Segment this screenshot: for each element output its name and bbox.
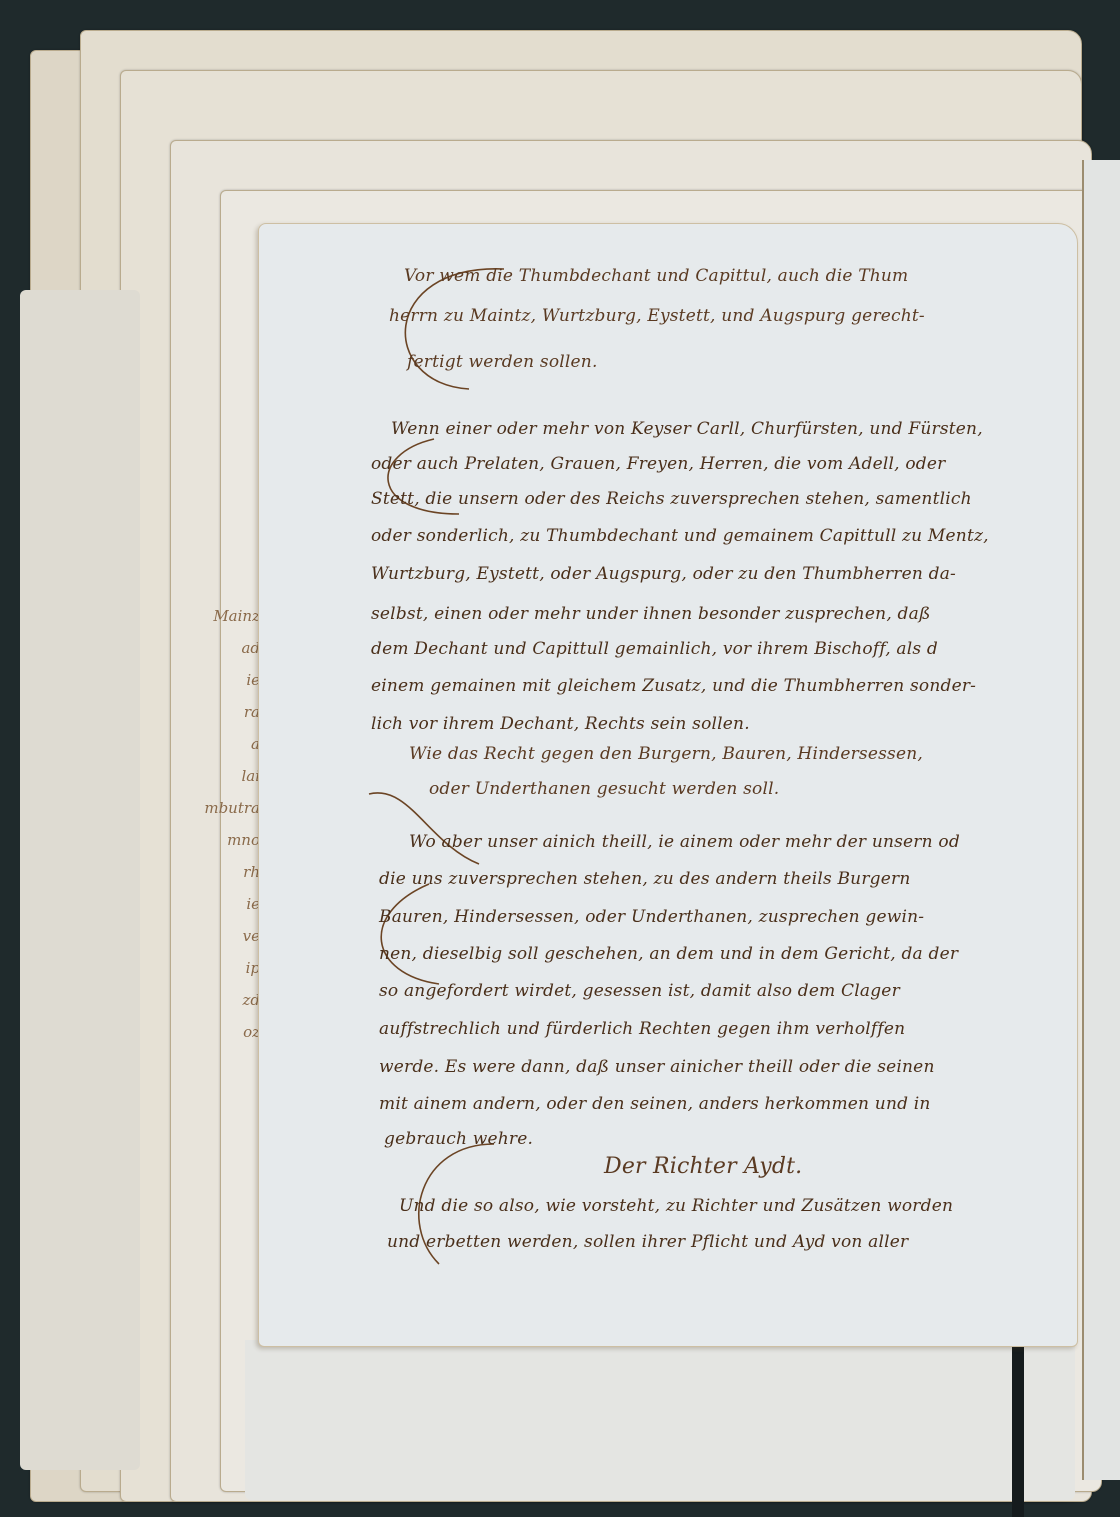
body-line: Wo aber unser ainich theill, ie ainem od…	[409, 832, 960, 852]
margin-fragment: zd	[200, 984, 260, 1016]
section-heading-line: Vor wem die Thumbdechant und Capittul, a…	[404, 266, 908, 286]
margin-fragment: ie	[200, 664, 260, 696]
margin-fragment: ip	[200, 952, 260, 984]
margin-fragment: a	[200, 728, 260, 760]
margin-fragment: oz	[200, 1016, 260, 1048]
body-line: Stett, die unsern oder des Reichs zuvers…	[371, 489, 972, 509]
margin-fragment: mbutra	[200, 792, 260, 824]
margin-fragment: ad	[200, 632, 260, 664]
margin-fragment: ra	[200, 696, 260, 728]
section-heading-line: oder Underthanen gesucht werden soll.	[429, 779, 779, 799]
body-line: und erbetten werden, sollen ihrer Pflich…	[387, 1232, 908, 1252]
body-line: auffstrechlich und fürderlich Rechten ge…	[379, 1019, 905, 1039]
margin-fragment: mno	[200, 824, 260, 856]
facing-page	[1082, 160, 1120, 1480]
body-line: oder sonderlich, zu Thumbdechant und gem…	[371, 526, 989, 546]
underlying-page	[20, 290, 140, 1470]
section-heading-line: fertigt werden sollen.	[407, 352, 598, 372]
body-line: werde. Es were dann, daß unser ainicher …	[379, 1057, 935, 1077]
margin-fragment: lai	[200, 760, 260, 792]
underlying-page-bottom	[245, 1340, 1075, 1500]
margin-fragment: Mainz	[200, 600, 260, 632]
body-line: die uns zuversprechen stehen, zu des and…	[379, 869, 910, 889]
margin-fragment: ve	[200, 920, 260, 952]
section-heading-line: Der Richter Aydt.	[604, 1154, 802, 1179]
margin-fragment: rh	[200, 856, 260, 888]
body-line: Wurtzburg, Eystett, oder Augspurg, oder …	[371, 564, 956, 584]
body-line: dem Dechant und Capittull gemainlich, vo…	[371, 639, 938, 659]
body-line: lich vor ihrem Dechant, Rechts sein soll…	[371, 714, 750, 734]
manuscript-page: Vor wem die Thumbdechant und Capittul, a…	[258, 223, 1078, 1347]
body-line: mit ainem andern, oder den seinen, ander…	[379, 1094, 931, 1114]
margin-fragment: ie	[200, 888, 260, 920]
margin-fragments: Mainz ad ie ra a lai mbutra mno rh ie ve…	[200, 600, 260, 1300]
body-line: selbst, einen oder mehr under ihnen beso…	[371, 604, 931, 624]
section-heading-line: Wie das Recht gegen den Burgern, Bauren,…	[409, 744, 923, 764]
body-line: Und die so also, wie vorsteht, zu Richte…	[399, 1196, 953, 1216]
body-line: Wenn einer oder mehr von Keyser Carll, C…	[391, 419, 983, 439]
body-line: gebrauch wehre.	[384, 1129, 533, 1149]
body-line: oder auch Prelaten, Grauen, Freyen, Herr…	[371, 454, 945, 474]
body-line: so angefordert wirdet, gesessen ist, dam…	[379, 981, 900, 1001]
body-line: nen, dieselbig soll geschehen, an dem un…	[379, 944, 958, 964]
body-line: einem gemainen mit gleichem Zusatz, und …	[371, 676, 976, 696]
section-heading-line: herrn zu Maintz, Wurtzburg, Eystett, und…	[389, 306, 925, 326]
body-line: Bauren, Hindersessen, oder Underthanen, …	[379, 907, 924, 927]
